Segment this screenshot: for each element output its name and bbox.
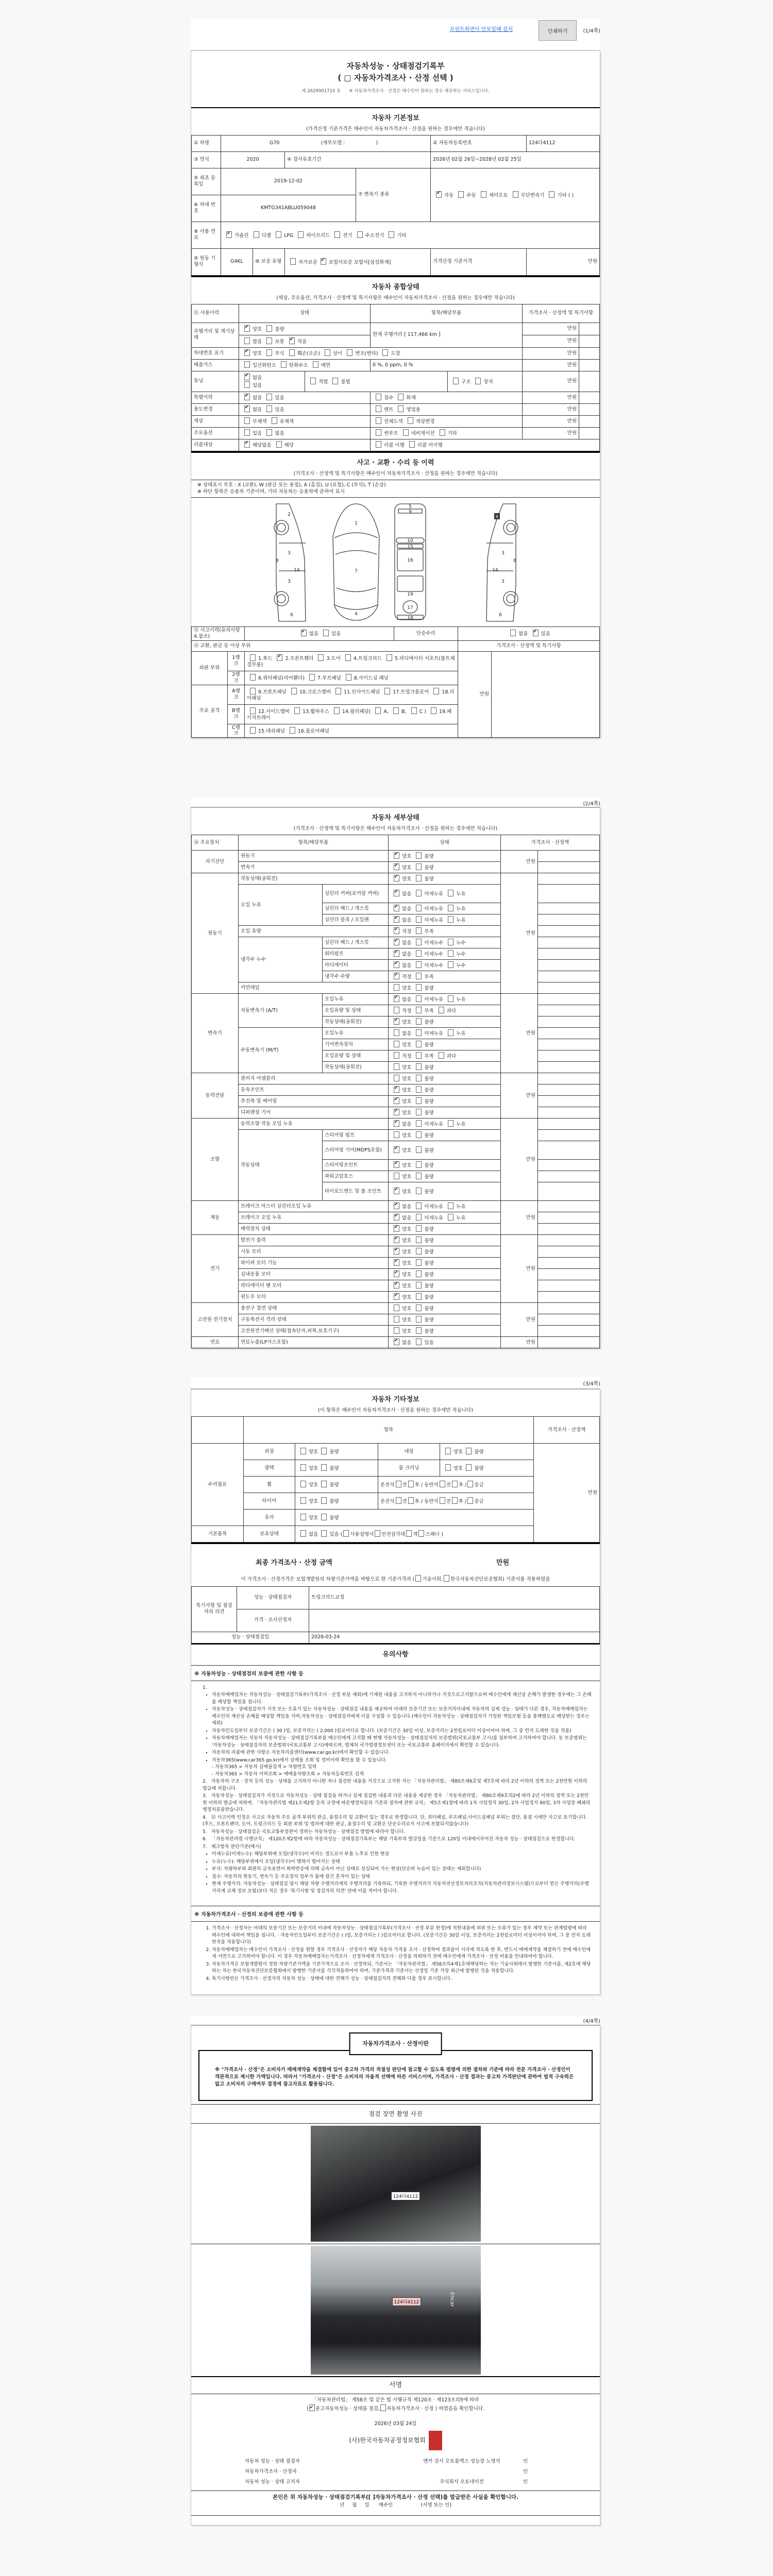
checkbox[interactable] xyxy=(244,381,250,388)
checkbox[interactable] xyxy=(394,1086,399,1093)
checkbox[interactable] xyxy=(452,1481,458,1487)
item-label: 냉각수 누수 xyxy=(239,937,323,982)
checkbox[interactable] xyxy=(244,325,250,332)
caution-item: 5. 자동차성능 · 상태점검은 국토교통부장관이 정하는 자동차성능 · 상태… xyxy=(203,1829,593,1836)
option-label: 없음 xyxy=(402,906,411,912)
checkbox[interactable] xyxy=(290,727,295,734)
appraisal-checkbox[interactable] xyxy=(380,2404,386,2411)
checkbox[interactable] xyxy=(403,429,409,436)
state-options: 양호 불량 xyxy=(389,1326,501,1337)
checkbox[interactable] xyxy=(321,1530,327,1537)
page-1: 자동차성능 · 상태점검기록부 ( □ 자동차가격조사 · 산정 선택 ) 제 … xyxy=(191,51,600,738)
checkbox[interactable] xyxy=(416,1041,422,1047)
option-label: 양호 xyxy=(402,1042,411,1048)
checkbox[interactable] xyxy=(394,863,399,870)
checkbox[interactable] xyxy=(394,1327,399,1334)
checkbox[interactable] xyxy=(394,852,399,859)
overall-table: ⑪ 사용이력 상태 항목/해당부품 가격조사 · 산정액 및 특기사항 주행거리… xyxy=(191,304,600,451)
checkbox[interactable] xyxy=(513,191,518,198)
table-row: 변속기자동변속기 (A/T)오일누유없음 미세누유 누유만원 xyxy=(192,994,600,1005)
checkbox[interactable] xyxy=(394,1029,399,1036)
option-label: 탄화수소 xyxy=(289,363,308,368)
checkbox[interactable] xyxy=(394,961,399,968)
checkbox[interactable] xyxy=(384,688,390,694)
checkbox[interactable] xyxy=(375,1530,380,1537)
caution-bullet: 미세누유(미세누수): 해당부위에 오일(냉각수)이 비치는 정도로서 부품 노… xyxy=(212,1851,593,1858)
checkbox[interactable] xyxy=(318,654,324,661)
checkbox[interactable] xyxy=(452,1497,458,1504)
checkbox[interactable] xyxy=(289,349,295,356)
state-options: 양호 불량 xyxy=(389,1084,501,1096)
checkbox[interactable] xyxy=(244,337,250,344)
checkbox[interactable] xyxy=(440,1497,445,1504)
checkbox[interactable] xyxy=(244,374,250,380)
checkbox[interactable] xyxy=(276,231,281,238)
checkbox[interactable] xyxy=(416,1188,422,1194)
checkbox[interactable] xyxy=(394,890,399,896)
checkbox[interactable] xyxy=(300,1497,306,1504)
checkbox[interactable] xyxy=(266,325,272,332)
checkbox[interactable] xyxy=(347,349,352,356)
option-label: 양호 xyxy=(402,1329,411,1334)
option-label: 양호 xyxy=(253,327,262,332)
checkbox[interactable] xyxy=(394,1075,399,1081)
group-label: 고전원 전기장치 xyxy=(192,1303,239,1337)
checkbox[interactable] xyxy=(416,905,422,911)
checkbox[interactable] xyxy=(244,429,250,436)
inspection-period: 2026년 02월 26일~2028년 02월 25일 xyxy=(431,151,600,168)
checkbox[interactable] xyxy=(408,417,413,424)
checkbox[interactable] xyxy=(394,1097,399,1104)
checkbox[interactable] xyxy=(321,1464,327,1471)
checkbox[interactable] xyxy=(416,1270,422,1277)
warranty-insurance-checkbox[interactable] xyxy=(321,258,326,265)
install-link[interactable]: 프린트화면이 안보일때 설치 xyxy=(450,25,513,32)
table-row: 오일 유량적정 부족 xyxy=(192,926,600,937)
checkbox[interactable] xyxy=(440,429,445,436)
checkbox[interactable] xyxy=(396,1497,401,1504)
checkbox[interactable] xyxy=(416,1202,422,1209)
checkbox[interactable] xyxy=(334,707,340,714)
checkbox[interactable] xyxy=(357,231,363,238)
checkbox[interactable] xyxy=(300,1530,306,1537)
checkbox[interactable] xyxy=(394,875,399,882)
basic-info-table: ① 차명 G70(세부모델 : ) ② 자동차등록번호 124다4112 ③ 연… xyxy=(191,135,600,276)
checkbox[interactable] xyxy=(448,939,453,945)
sub-item-label: 실린더 커버(로커암 커버) xyxy=(323,885,389,903)
label: 내장 xyxy=(378,1444,440,1460)
checkbox[interactable] xyxy=(416,1052,422,1059)
checkbox[interactable] xyxy=(448,905,453,911)
option-label: 중고자동차성능 · 상태를 점검, xyxy=(315,2406,380,2412)
checkbox[interactable] xyxy=(244,361,250,368)
checkbox[interactable] xyxy=(394,995,399,1002)
checkbox[interactable] xyxy=(394,1018,399,1025)
checkbox[interactable] xyxy=(398,405,404,412)
checkbox[interactable] xyxy=(244,349,250,356)
checkbox[interactable] xyxy=(416,1063,422,1070)
table-row: 구동축전지 격리 상태양호 불량 xyxy=(192,1314,600,1326)
checkbox[interactable] xyxy=(406,1530,412,1537)
checkbox[interactable] xyxy=(416,1146,422,1153)
checkbox[interactable] xyxy=(250,688,256,694)
option-label: 불량 xyxy=(424,876,433,882)
checkbox[interactable] xyxy=(394,1225,399,1232)
checkbox[interactable] xyxy=(309,674,315,681)
document-subtitle: ( □ 자동차가격조사 · 산정 선택 ) xyxy=(191,72,600,84)
checkbox[interactable] xyxy=(294,707,300,714)
checkbox[interactable] xyxy=(416,852,422,859)
checkbox[interactable] xyxy=(244,394,250,400)
checkbox[interactable] xyxy=(416,927,422,934)
option-label: 장치 xyxy=(483,379,493,385)
checkbox[interactable] xyxy=(394,1202,399,1209)
option-label: 있음 xyxy=(253,383,262,388)
option-label: 있음 xyxy=(541,631,550,637)
checkbox[interactable] xyxy=(416,1029,422,1036)
checkbox[interactable] xyxy=(394,1214,399,1221)
option-label: 무단변속기 xyxy=(521,193,545,198)
appraisal-info-title: 자동차가격조사 · 산정이란 xyxy=(349,2032,442,2055)
checkbox[interactable] xyxy=(244,417,250,424)
checkbox[interactable] xyxy=(394,1041,399,1047)
checkbox[interactable] xyxy=(376,441,381,448)
checkbox[interactable] xyxy=(394,1293,399,1300)
checkbox[interactable] xyxy=(416,1293,422,1300)
checkbox[interactable] xyxy=(448,1120,453,1127)
checkbox[interactable] xyxy=(415,1575,421,1582)
checkbox[interactable] xyxy=(416,875,422,882)
checkbox[interactable] xyxy=(321,1481,327,1487)
checkbox[interactable] xyxy=(300,1514,306,1520)
svg-text:2: 2 xyxy=(288,512,291,517)
checkbox[interactable] xyxy=(334,231,340,238)
checkbox[interactable] xyxy=(313,361,318,368)
state-options: 양호 불량 xyxy=(389,1292,501,1303)
checkbox[interactable] xyxy=(418,1530,424,1537)
checkbox[interactable] xyxy=(398,394,404,400)
option-label: 가솔린 xyxy=(234,233,249,239)
checkbox[interactable] xyxy=(394,1282,399,1289)
seal-label: 인 xyxy=(521,2456,600,2467)
signer-name: 주식회사 오토네이션 xyxy=(402,2477,521,2487)
checkbox[interactable] xyxy=(453,378,459,384)
svg-text:1: 1 xyxy=(355,521,358,526)
checkbox[interactable] xyxy=(266,405,272,412)
checkbox[interactable] xyxy=(394,1063,399,1070)
checkbox[interactable] xyxy=(416,1316,422,1323)
checkbox[interactable] xyxy=(394,1304,399,1311)
checkbox[interactable] xyxy=(394,1259,399,1266)
item-label: 연료누출(LP가스포함) xyxy=(239,1337,389,1348)
checkbox[interactable] xyxy=(416,1018,422,1025)
checkbox[interactable] xyxy=(416,1120,422,1127)
label: 특기사항 및 점검자의 의견 xyxy=(192,1586,237,1632)
checkbox[interactable] xyxy=(394,1338,399,1345)
checkbox[interactable] xyxy=(475,378,481,384)
checkbox[interactable] xyxy=(416,984,422,991)
label: 휠 xyxy=(244,1477,295,1493)
option-label: 양호 xyxy=(402,1174,411,1180)
checkbox[interactable] xyxy=(409,441,415,448)
checkbox[interactable] xyxy=(416,1338,422,1345)
checkbox[interactable] xyxy=(394,1173,399,1179)
checkbox[interactable] xyxy=(376,405,381,412)
checkbox[interactable] xyxy=(394,927,399,934)
checkbox[interactable] xyxy=(416,1304,422,1311)
checkbox[interactable] xyxy=(244,405,250,412)
checkbox[interactable] xyxy=(375,707,381,714)
checkbox[interactable] xyxy=(394,984,399,991)
table-row: 연료연료누출(LP가스포함)없음 있음만원 xyxy=(192,1337,600,1348)
checkbox[interactable] xyxy=(433,688,439,694)
checkbox[interactable] xyxy=(376,394,381,400)
rank-label: A랭크 xyxy=(228,685,245,704)
checkbox[interactable] xyxy=(439,1007,444,1013)
checkbox[interactable] xyxy=(439,1052,444,1059)
inspection-checkbox[interactable] xyxy=(309,2404,315,2411)
checkbox[interactable] xyxy=(323,630,329,636)
checkbox[interactable] xyxy=(394,1120,399,1127)
checkbox[interactable] xyxy=(310,378,316,384)
checkbox[interactable] xyxy=(467,1481,473,1487)
checkbox[interactable] xyxy=(394,939,399,945)
option-label: 불량 xyxy=(424,1174,433,1180)
option-label: 있음 xyxy=(253,431,262,436)
opinion-table: 특기사항 및 점검자의 의견성능 · 상태점검자트렁크리드교정 가격 · 조사산… xyxy=(191,1586,600,1643)
reg-number: 124다4112 xyxy=(527,135,600,151)
checkbox[interactable] xyxy=(281,361,287,368)
option-label: 전체도색 xyxy=(384,419,403,425)
option-label: 양호 xyxy=(402,1189,411,1195)
option-label: 없음 xyxy=(275,431,284,436)
checkbox[interactable] xyxy=(266,349,272,356)
checkbox[interactable] xyxy=(321,1497,327,1504)
checkbox[interactable] xyxy=(300,1464,306,1471)
checkbox[interactable] xyxy=(250,727,256,734)
checkbox[interactable] xyxy=(416,1236,422,1243)
checkbox[interactable] xyxy=(416,1225,422,1232)
checkbox[interactable] xyxy=(416,1007,422,1013)
caution-item: 2. 자동차의 구조 · 장치 등의 성능 · 상태를 고지하지 아니한 자나 … xyxy=(203,1778,593,1792)
checkbox[interactable] xyxy=(394,1052,399,1059)
label: 주요 골격 xyxy=(192,685,228,738)
checkbox[interactable] xyxy=(394,1248,399,1255)
option-label: 불량 xyxy=(424,1317,433,1323)
checkbox[interactable] xyxy=(325,349,330,356)
option-label: 불량 xyxy=(424,1283,433,1289)
option-label: 없음 xyxy=(402,1031,411,1037)
checkbox[interactable] xyxy=(416,1248,422,1255)
document-title: 자동차성능 · 상태점검기록부 xyxy=(191,60,600,72)
checkbox[interactable] xyxy=(301,630,307,636)
signature-date: 2026년 03월 24일 xyxy=(191,2420,600,2428)
checkbox[interactable] xyxy=(272,417,277,424)
checkbox[interactable] xyxy=(416,1075,422,1081)
checkbox[interactable] xyxy=(416,1282,422,1289)
checkbox[interactable] xyxy=(416,1131,422,1138)
checkbox[interactable] xyxy=(533,630,539,636)
rank-label: C랭크 xyxy=(228,724,245,738)
checkbox[interactable] xyxy=(266,394,272,400)
svg-text:15: 15 xyxy=(407,545,413,550)
checkbox[interactable] xyxy=(448,961,453,968)
cautions-list-1: 1. 자동차매매업자는 자동차성능 · 상태점검기록부(가격조사 · 산정 부분… xyxy=(191,1681,600,1899)
checkbox[interactable] xyxy=(416,1173,422,1179)
sub-item-label: 스티어링조인트 xyxy=(323,1160,389,1171)
checkbox[interactable] xyxy=(466,1448,472,1454)
checkbox[interactable] xyxy=(300,1448,306,1454)
checkbox[interactable] xyxy=(250,654,256,661)
checkbox[interactable] xyxy=(448,1214,453,1221)
checkbox[interactable] xyxy=(458,191,464,198)
checkbox[interactable] xyxy=(332,378,338,384)
checkbox[interactable] xyxy=(448,995,453,1002)
checkbox[interactable] xyxy=(416,1109,422,1115)
checkbox[interactable] xyxy=(510,630,516,636)
state-options: 없음 미세누유 누유 xyxy=(389,1118,501,1130)
table-row: 커먼레일양호 불량 xyxy=(192,982,600,994)
checkbox[interactable] xyxy=(321,1514,327,1520)
state-options: 양호 불량 xyxy=(389,1160,501,1171)
label: 유리 xyxy=(244,1510,295,1526)
table-row: 윈도우 모터양호 불량 xyxy=(192,1292,600,1303)
checkbox[interactable] xyxy=(386,654,392,661)
checkbox[interactable] xyxy=(411,707,417,714)
checkbox[interactable] xyxy=(448,950,453,957)
checkbox[interactable] xyxy=(244,441,250,448)
checkbox[interactable] xyxy=(436,191,442,198)
checkbox[interactable] xyxy=(300,1481,306,1487)
checkbox[interactable] xyxy=(266,337,272,344)
option-label: 기타 ( ) xyxy=(557,193,574,198)
checkbox[interactable] xyxy=(394,1316,399,1323)
checkbox[interactable] xyxy=(277,654,282,661)
checkbox[interactable] xyxy=(389,231,394,238)
tuning-type: 구조 장치 xyxy=(448,371,523,392)
checkbox[interactable] xyxy=(254,231,259,238)
checkbox[interactable] xyxy=(408,1497,414,1504)
option-label: 14.필러패널( xyxy=(342,709,371,715)
checkbox[interactable] xyxy=(289,337,295,344)
checkbox[interactable] xyxy=(376,417,381,424)
checkbox[interactable] xyxy=(416,973,422,979)
checkbox[interactable] xyxy=(394,1109,399,1115)
checkbox[interactable] xyxy=(335,688,341,694)
checkbox[interactable] xyxy=(448,1029,453,1036)
checkbox[interactable] xyxy=(416,1097,422,1104)
checkbox[interactable] xyxy=(343,1530,349,1537)
checkbox[interactable] xyxy=(393,707,399,714)
checkbox[interactable] xyxy=(416,961,422,968)
checkbox[interactable] xyxy=(394,1161,399,1168)
option-label: 불량 xyxy=(424,1306,433,1312)
option-label: 전기 xyxy=(343,233,352,239)
final-price-unit: 만원 xyxy=(496,1557,509,1567)
checkbox[interactable] xyxy=(416,995,422,1002)
checkbox[interactable] xyxy=(416,1161,422,1168)
checkbox[interactable] xyxy=(416,1259,422,1266)
checkbox[interactable] xyxy=(549,191,554,198)
checkbox[interactable] xyxy=(298,231,304,238)
checkbox[interactable] xyxy=(394,916,399,923)
checkbox[interactable] xyxy=(440,1481,445,1487)
checkbox[interactable] xyxy=(266,429,272,436)
option-label: 없음 xyxy=(253,395,262,401)
checkbox[interactable] xyxy=(394,1236,399,1243)
checkbox[interactable] xyxy=(416,890,422,896)
option-label: 불량 xyxy=(424,1042,433,1048)
checkbox[interactable] xyxy=(346,674,351,681)
label: 차대번호 표기 xyxy=(192,347,239,359)
page-4: 자동차가격조사 · 산정이란 ※ "가격조사 · 산정"은 소비자가 매매계약을… xyxy=(191,2026,600,2526)
checkbox[interactable] xyxy=(416,916,422,923)
special-history: 없음 있음 xyxy=(239,392,371,403)
checkbox[interactable] xyxy=(276,441,282,448)
checkbox[interactable] xyxy=(321,1448,327,1454)
checkbox[interactable] xyxy=(250,674,256,681)
option-label: 불량 xyxy=(329,1466,339,1471)
checkbox[interactable] xyxy=(448,890,453,896)
checkbox[interactable] xyxy=(226,231,232,238)
checkbox[interactable] xyxy=(445,1464,451,1471)
checkbox[interactable] xyxy=(416,1327,422,1334)
option-label: 미세누유 xyxy=(424,1215,443,1221)
price-cell: 만원 xyxy=(501,1201,538,1235)
option-label: 미세누유 xyxy=(424,918,443,923)
checkbox[interactable] xyxy=(448,916,453,923)
checkbox[interactable] xyxy=(448,1202,453,1209)
checkbox[interactable] xyxy=(416,950,422,957)
warranty-self-checkbox[interactable] xyxy=(290,258,296,265)
checkbox[interactable] xyxy=(394,1270,399,1277)
checkbox[interactable] xyxy=(416,1214,422,1221)
checkbox[interactable] xyxy=(382,349,388,356)
label: 성능 · 상태점검자 xyxy=(237,1586,309,1609)
checkbox[interactable] xyxy=(394,905,399,911)
option-label: 불량 xyxy=(424,1227,433,1232)
checkbox[interactable] xyxy=(250,707,256,714)
header: 항목/해당부품 xyxy=(239,835,389,851)
checkbox[interactable] xyxy=(394,1146,399,1153)
print-button[interactable]: 인쇄하기 xyxy=(539,20,577,41)
checkbox[interactable] xyxy=(291,688,297,694)
checkbox[interactable] xyxy=(345,654,351,661)
checkbox[interactable] xyxy=(408,1481,414,1487)
checkbox[interactable] xyxy=(466,1464,472,1471)
state-options: 없음 있음 xyxy=(389,1337,501,1348)
item-label: 작동상태 xyxy=(239,1130,323,1201)
checkbox[interactable] xyxy=(444,1575,449,1582)
checkbox[interactable] xyxy=(431,707,436,714)
checkbox[interactable] xyxy=(445,1448,451,1454)
checkbox[interactable] xyxy=(481,191,486,198)
checkbox[interactable] xyxy=(416,863,422,870)
checkbox[interactable] xyxy=(394,973,399,979)
checkbox[interactable] xyxy=(416,939,422,945)
checkbox[interactable] xyxy=(396,1481,401,1487)
checkbox[interactable] xyxy=(467,1497,473,1504)
checkbox[interactable] xyxy=(394,1188,399,1194)
label: 보유상태 xyxy=(244,1526,295,1543)
checkbox[interactable] xyxy=(394,1131,399,1138)
checkbox[interactable] xyxy=(376,429,381,436)
checkbox[interactable] xyxy=(394,950,399,957)
checkbox[interactable] xyxy=(394,1007,399,1013)
option-label: 불량 xyxy=(424,1272,433,1278)
option-label: 유채색 xyxy=(280,419,294,425)
checkbox[interactable] xyxy=(416,1086,422,1093)
